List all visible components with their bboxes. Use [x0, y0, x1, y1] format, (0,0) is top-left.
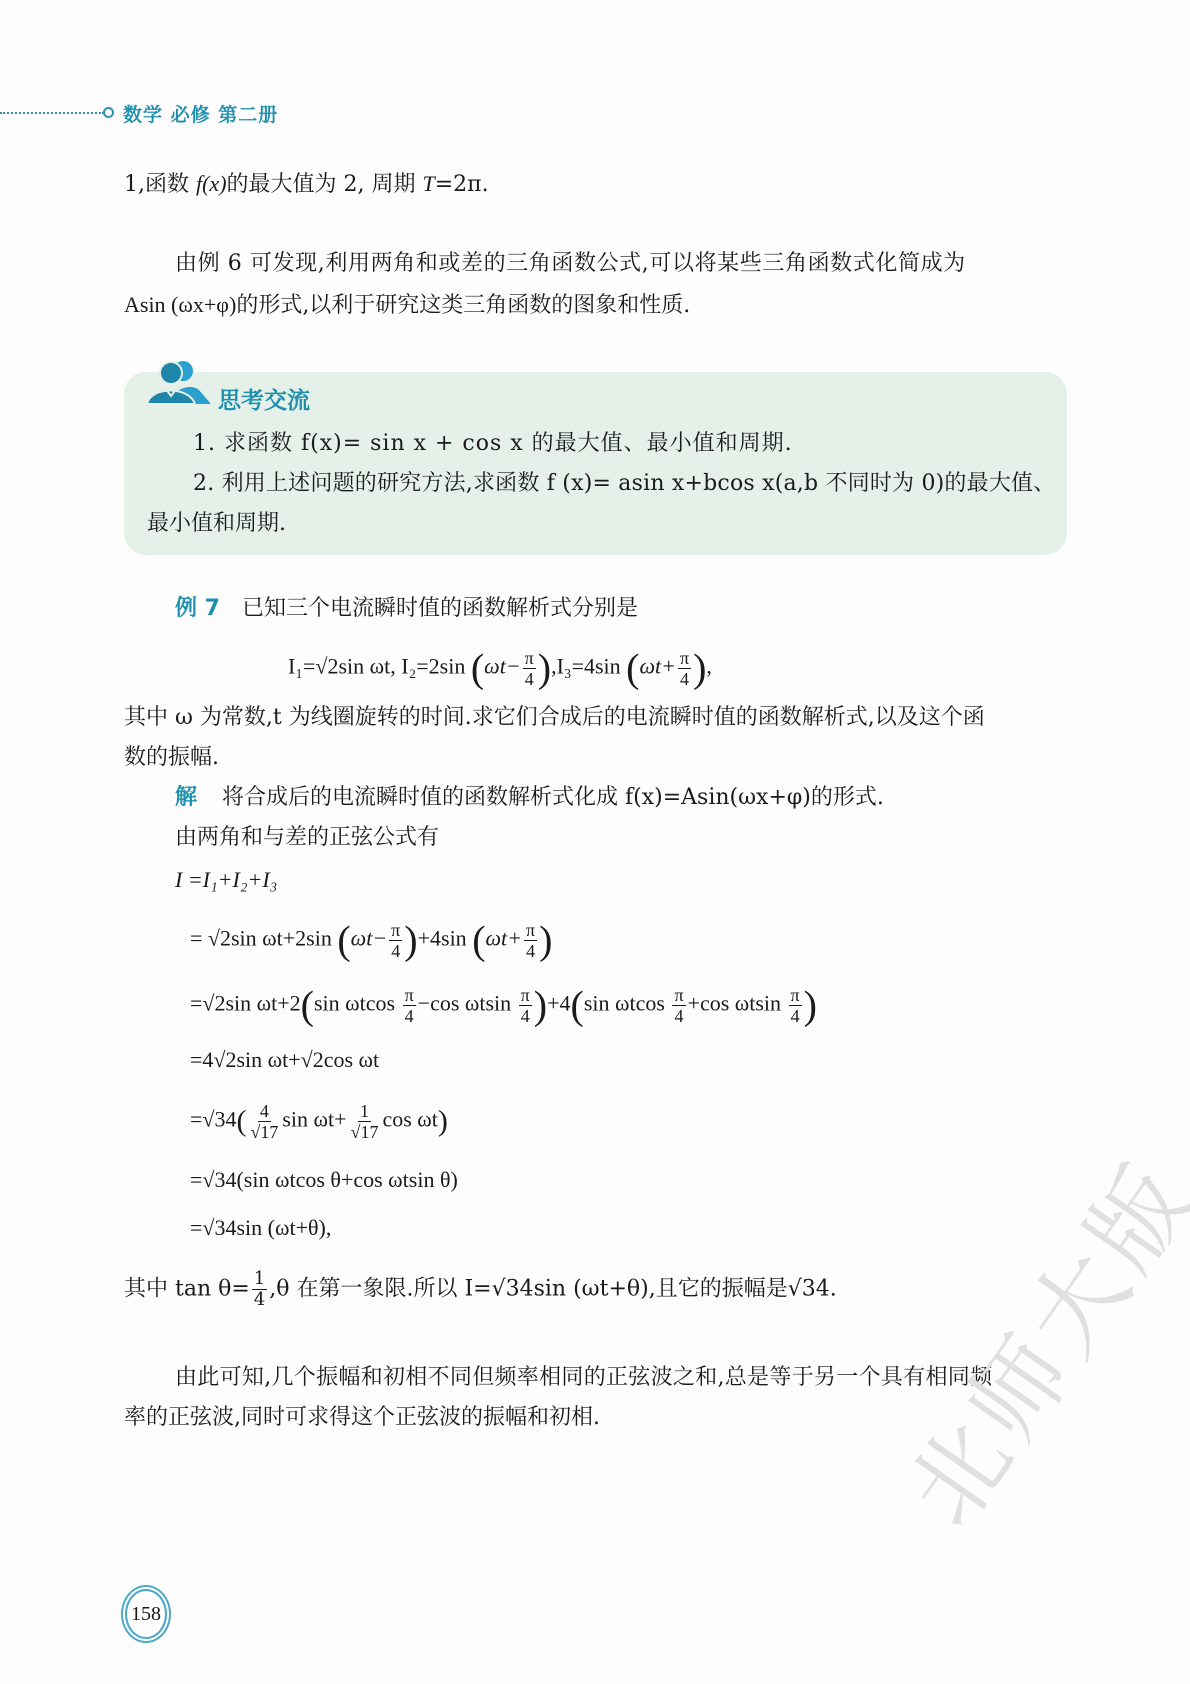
paren-close: ): [693, 646, 706, 691]
step1-d: ωt+: [486, 926, 523, 951]
paren-close: ): [539, 918, 552, 963]
fraction-pi-over-4: π4: [523, 648, 536, 689]
step-2: =√2sin ωt+2(sin ωtcos π4−cos ωtsin π4)+4…: [190, 985, 817, 1026]
question-line2: 数的振幅.: [124, 744, 219, 772]
fraction-pi-over-4: π4: [389, 920, 402, 961]
step4-a: =√34: [190, 1107, 236, 1132]
think-item-1: 1. 求函数 f(x)= sin x + cos x 的最大值、最小值和周期.: [193, 430, 793, 458]
fraction-pi-over-4: π4: [672, 985, 685, 1026]
conclusion-pre: 其中 tan θ=: [124, 1277, 250, 1302]
conclusion-post: ,θ 在第一象限.所以 I=√34sin (ωt+θ),且它的振幅是√34.: [269, 1277, 836, 1302]
step2-d: +4: [547, 991, 570, 1016]
solution-line2: 由两角和与差的正弦公式有: [175, 824, 439, 852]
frac-num: 4: [258, 1101, 271, 1122]
paren-close: ): [538, 646, 551, 691]
paren-open: (: [471, 646, 484, 691]
intro-func: f(x): [196, 171, 227, 196]
formula-tail: ,: [706, 654, 712, 679]
frac-den: 4: [789, 1006, 802, 1026]
paragraph1-text: 的形式,以利于研究这类三角函数的图象和性质.: [236, 293, 690, 318]
fraction-pi-over-4: π4: [519, 985, 532, 1026]
watermark: 北师大版: [870, 1129, 1190, 1548]
think-box-title: 思考交流: [218, 382, 310, 415]
fraction-pi-over-4: π4: [789, 985, 802, 1026]
fraction-pi-over-4: π4: [403, 985, 416, 1026]
paren-open: (: [571, 983, 584, 1028]
step2-a: =√2sin ωt+2: [190, 991, 301, 1016]
paragraph1-line2: Asin (ωx+φ)的形式,以利于研究这类三角函数的图象和性质.: [124, 291, 690, 320]
step2-b: sin ωtcos: [314, 991, 395, 1016]
example-formula: I₁=√2sin ωt, I₂=2sin (ωt−π4),I₃=4sin (ωt…: [288, 648, 712, 689]
step1-a: = √2sin ωt+2sin: [190, 926, 332, 951]
frac-num: π: [524, 920, 537, 941]
formula-I2-inner: ωt−: [484, 654, 521, 679]
solution-conclusion: 其中 tan θ=14,θ 在第一象限.所以 I=√34sin (ωt+θ),且…: [124, 1269, 837, 1310]
paragraph2-line2: 率的正弦波,同时可求得这个正弦波的振幅和初相.: [124, 1404, 600, 1432]
step-4: =√34(4√17sin ωt+1√17cos ωt): [190, 1101, 448, 1142]
paren-close: ): [404, 918, 417, 963]
intro-mid: 的最大值为 2, 周期: [227, 172, 423, 197]
intro-line: 1,函数 f(x)的最大值为 2, 周期 T=2π.: [124, 170, 489, 199]
header-circle-marker: [103, 107, 114, 118]
step2-e: sin ωtcos: [584, 991, 665, 1016]
paragraph1-math: Asin (ωx+φ): [124, 292, 236, 317]
intro-period-var: T: [423, 171, 435, 196]
example-label: 例 7: [175, 595, 220, 623]
step-1: = √2sin ωt+2sin (ωt−π4)+4sin (ωt+π4): [190, 920, 552, 961]
frac-num: 1: [358, 1101, 371, 1122]
paren-open: (: [337, 918, 350, 963]
frac-num: π: [789, 985, 802, 1006]
frac-num: π: [403, 985, 416, 1006]
frac-num: π: [672, 985, 685, 1006]
frac-den: √17: [248, 1122, 280, 1142]
frac-den: 4: [252, 1290, 267, 1310]
frac-den: √17: [349, 1122, 381, 1142]
formula-I3-inner: ωt+: [639, 654, 676, 679]
header-dotted-line: [0, 112, 104, 114]
step1-b: ωt−: [351, 926, 388, 951]
frac-num: π: [389, 920, 402, 941]
step-5: =√34(sin ωtcos θ+cos ωtsin θ): [190, 1166, 458, 1194]
frac-den: 4: [524, 941, 537, 961]
book-title: 数学 必修 第二册: [123, 100, 278, 127]
paren-close: ): [534, 983, 547, 1028]
frac-den: 4: [672, 1006, 685, 1026]
paragraph1-line1: 由例 6 可发现,利用两角和或差的三角函数公式,可以将某些三角函数式化简成为: [175, 250, 966, 278]
formula-I3-pre: ,I₃=4sin: [551, 654, 621, 679]
frac-num: π: [523, 648, 536, 669]
think-item-2-cont: 最小值和周期.: [147, 510, 286, 538]
fraction-pi-over-4: π4: [524, 920, 537, 961]
step-3: =4√2sin ωt+√2cos ωt: [190, 1046, 379, 1074]
step4-b: sin ωt+: [282, 1107, 346, 1132]
solution-line1: 将合成后的电流瞬时值的函数解析式化成 f(x)=Asin(ωx+φ)的形式.: [222, 784, 884, 812]
step-6: =√34sin (ωt+θ),: [190, 1214, 331, 1242]
solution-label: 解: [175, 784, 197, 812]
step2-f: +cos ωtsin: [688, 991, 782, 1016]
frac-num: π: [519, 985, 532, 1006]
paren-open: (: [301, 983, 314, 1028]
frac-den: 4: [389, 941, 402, 961]
frac-num: 1: [252, 1269, 267, 1290]
frac-den: 4: [678, 669, 691, 689]
fraction-1-over-sqrt17: 1√17: [349, 1101, 381, 1142]
paren-open: (: [472, 918, 485, 963]
page-number: 158: [125, 1589, 167, 1639]
paren-close: ): [804, 983, 817, 1028]
fraction-pi-over-4: π4: [678, 648, 691, 689]
step1-c: +4sin: [418, 926, 467, 951]
paren-open: (: [236, 1105, 246, 1138]
think-item-2: 2. 利用上述问题的研究方法,求函数 f (x)= asin x+bcos x(…: [193, 470, 1055, 498]
step-0: I =I₁+I₂+I₃: [175, 866, 277, 894]
paragraph2-line1: 由此可知,几个振幅和初相不同但频率相同的正弦波之和,总是等于另一个具有相同频: [175, 1364, 992, 1392]
formula-I1: I₁=√2sin ωt,: [288, 654, 396, 679]
fraction-4-over-sqrt17: 4√17: [248, 1101, 280, 1142]
example-statement: 已知三个电流瞬时值的函数解析式分别是: [242, 595, 638, 623]
frac-den: 4: [519, 1006, 532, 1026]
paren-close: ): [438, 1105, 448, 1138]
question-line1: 其中 ω 为常数,t 为线圈旋转的时间.求它们合成后的电流瞬时值的函数解析式,以…: [124, 704, 985, 732]
paren-open: (: [626, 646, 639, 691]
people-icon: [145, 360, 213, 404]
frac-den: 4: [403, 1006, 416, 1026]
formula-I2-pre: I₂=2sin: [401, 654, 465, 679]
step2-c: −cos ωtsin: [418, 991, 512, 1016]
intro-prefix: 1,函数: [124, 172, 196, 197]
intro-tail: =2π.: [435, 172, 489, 197]
frac-den: 4: [523, 669, 536, 689]
fraction-1-over-4: 14: [252, 1269, 267, 1310]
frac-num: π: [678, 648, 691, 669]
step4-c: cos ωt: [382, 1107, 437, 1132]
